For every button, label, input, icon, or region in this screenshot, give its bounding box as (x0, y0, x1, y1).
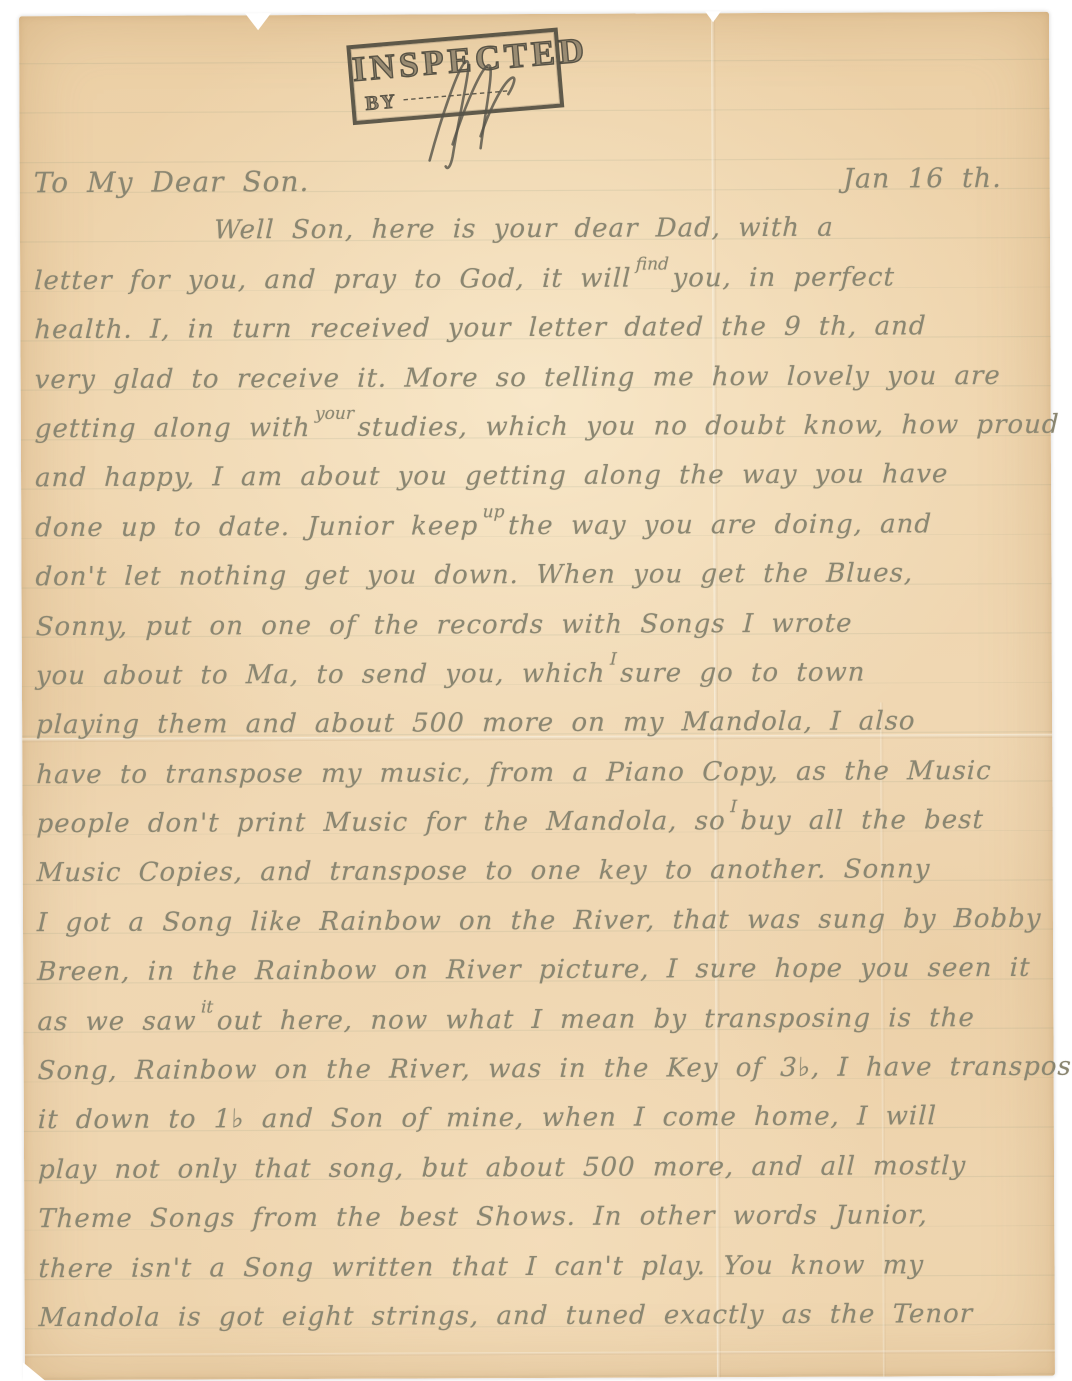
letter-line: getting along withyourstudies, which you… (34, 401, 1043, 455)
inserted-word-above-line: your (315, 404, 355, 424)
letter-line: people don't print Music for the Mandola… (36, 796, 1045, 850)
letter-date: Jan 16 th. (843, 154, 1002, 204)
letter-paper: INSPECTED BY-------------- To My Dear So… (19, 12, 1055, 1380)
letter-line: as we sawitout here, now what I mean by … (37, 993, 1046, 1047)
letter-line: letter for you, and pray to God, it will… (33, 253, 1042, 307)
letter-body: To My Dear Son. Jan 16 th. Well Son, her… (34, 140, 1047, 1344)
bottom-left-corner-cut (23, 1362, 47, 1381)
letter-line: have to transpose my music, from a Piano… (36, 746, 1045, 800)
letter-line: done up to date. Junior keepupthe way yo… (35, 500, 1044, 554)
top-edge-tear (245, 13, 271, 30)
letter-line: play not only that song, but about 500 m… (37, 1142, 1046, 1196)
letter-line: don't let nothing get you down. When you… (35, 549, 1044, 603)
top-edge-tear-small (705, 11, 721, 22)
inserted-word-above-line: it (201, 997, 214, 1017)
letter-heading-row: To My Dear Son. Jan 16 th. (34, 154, 1042, 208)
salutation: To My Dear Son. (34, 157, 310, 208)
letter-line: Song, Rainbow on the River, was in the K… (37, 1043, 1046, 1097)
letter-line: Mandola is got eight strings, and tuned … (38, 1290, 1047, 1344)
letter-line: you about to Ma, to send you, whichIsure… (35, 648, 1044, 702)
letter-line: Music Copies, and transpose to one key t… (36, 845, 1045, 899)
letter-line: health. I, in turn received your letter … (34, 302, 1043, 356)
letter-line: I got a Song like Rainbow on the River, … (36, 895, 1045, 949)
inserted-word-above-line: I (610, 650, 617, 670)
letter-line: Theme Songs from the best Shows. In othe… (38, 1191, 1047, 1245)
letter-line: and happy, I am about you getting along … (34, 450, 1043, 504)
inserted-word-above-line: I (730, 797, 737, 817)
letter-line: very glad to receive it. More so telling… (34, 351, 1043, 405)
letter-lines: Well Son, here is your dear Dad, with al… (34, 203, 1047, 1343)
horizontal-fold-crease-bottom (25, 1350, 1055, 1357)
letter-line: Well Son, here is your dear Dad, with a (33, 203, 1042, 257)
letter-line: Breen, in the Rainbow on River picture, … (36, 944, 1045, 998)
inserted-word-above-line: find (635, 254, 669, 274)
letter-line: there isn't a Song written that I can't … (38, 1240, 1047, 1294)
stamp-by-label: BY (364, 90, 398, 115)
letter-line: playing them and about 500 more on my Ma… (35, 697, 1044, 751)
letter-line: it down to 1♭ and Son of mine, when I co… (37, 1092, 1046, 1146)
inserted-word-above-line: up (482, 502, 504, 522)
letter-line: Sonny, put on one of the records with So… (35, 598, 1044, 652)
